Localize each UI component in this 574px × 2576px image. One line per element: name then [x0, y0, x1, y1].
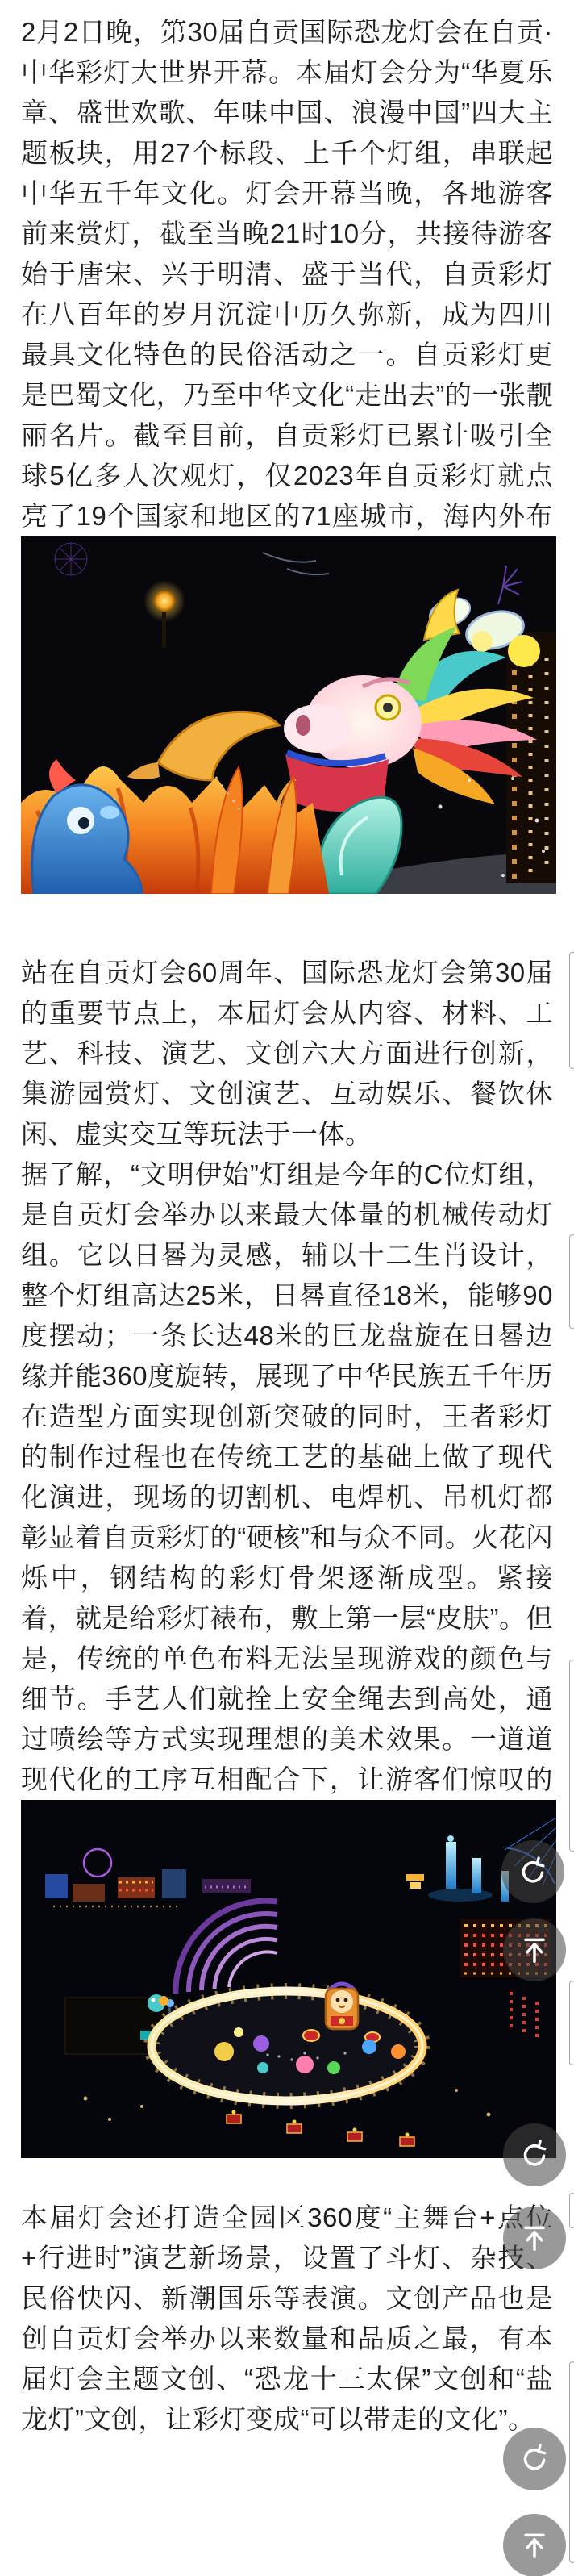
back-to-top-icon — [517, 1932, 552, 1968]
scrollbar-thumb[interactable] — [569, 1981, 574, 2065]
scrollbar-thumb[interactable] — [569, 952, 574, 1069]
rotate-counterclockwise-icon — [515, 1854, 551, 1889]
back-to-top-icon — [517, 2528, 552, 2563]
back-to-top-button[interactable] — [503, 1918, 566, 1981]
scrollbar-thumb[interactable] — [569, 1234, 574, 1329]
paragraph-6: 本届灯会还打造全园区360度“主舞台+点位+行进时”演艺新场景，设置了斗灯、杂技… — [21, 2198, 553, 2440]
rotate-button[interactable] — [503, 2428, 566, 2490]
back-to-top-button[interactable] — [503, 2207, 566, 2269]
scrollbar-thumb[interactable] — [569, 1660, 574, 1852]
back-to-top-button[interactable] — [503, 2514, 566, 2576]
back-to-top-icon — [517, 2220, 552, 2256]
aerial-lantern-park-illustration: 自贡·中华彩灯大世界园区夜景鸟瞰 — [21, 1800, 556, 2158]
paragraph-3: 站在自贡灯会60周年、国际恐龙灯会第30届的重要节点上，本届灯会从内容、材料、工… — [21, 953, 553, 1154]
dragon-lantern-illustration: 夜色中色彩斑斓的巨龙灯组特写 — [21, 536, 556, 894]
rotate-button[interactable] — [501, 1840, 564, 1903]
paragraph-5: 在造型方面实现创新突破的同时，王者彩灯的制作过程也在传统工艺的基础上做了现代化演… — [21, 1397, 553, 1800]
rotate-button[interactable] — [503, 2123, 566, 2186]
article-body: 2月2日晚，第30届自贡国际恐龙灯会在自贡·中华彩灯大世界开幕。本届灯会分为“华… — [21, 12, 553, 2440]
rotate-counterclockwise-icon — [517, 2441, 552, 2477]
paragraph-4: 据了解，“文明伊始”灯组是今年的C位灯组，是自贡灯会举办以来最大体量的机械传动灯… — [21, 1154, 553, 1397]
scrollbar-thumb[interactable] — [569, 2361, 574, 2563]
paragraph-1: 2月2日晚，第30届自贡国际恐龙灯会在自贡·中华彩灯大世界开幕。本届灯会分为“华… — [21, 12, 553, 254]
article-image-dragon-lantern[interactable]: 夜色中色彩斑斓的巨龙灯组特写 — [21, 536, 556, 894]
paragraph-2: 始于唐宋、兴于明清、盛于当代，自贡彩灯在八百年的岁月沉淀中历久弥新，成为四川最具… — [21, 254, 553, 536]
rotate-counterclockwise-icon — [517, 2137, 552, 2173]
scrollbar-thumb[interactable] — [569, 2193, 574, 2228]
article-image-aerial-park[interactable]: 自贡·中华彩灯大世界园区夜景鸟瞰 — [21, 1800, 556, 2158]
